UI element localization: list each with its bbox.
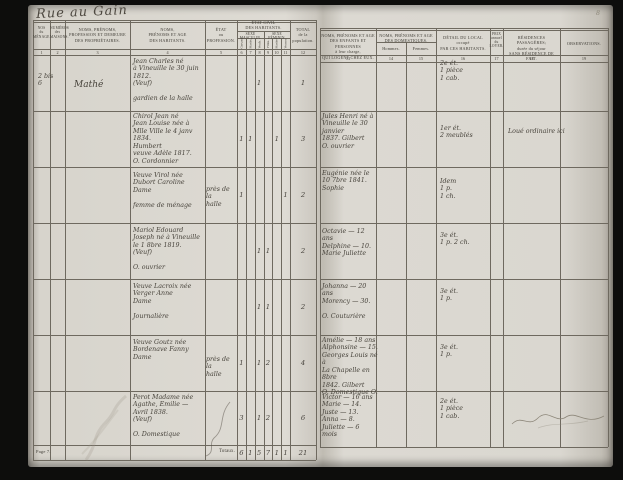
tally: 3: [237, 414, 246, 422]
scanned-census-register: Rue au Gain 8 NOS du MÉNAGE. NUMÉROS des…: [0, 0, 623, 480]
local-cell: 3e ét. 1 p.: [440, 288, 488, 303]
etat-civil-marks: 11: [237, 223, 290, 279]
total-cell: 6: [290, 391, 316, 445]
habitants-cell: Veuve Lacroix née Verger Anne Dame Journ…: [133, 283, 205, 320]
header-proprietaires: NOMS, PRÉNOMS, PROFESSION ET DEMEURE DES…: [66, 27, 129, 43]
rule: [490, 28, 491, 447]
header-maison: NUMÉROS des MAISONS.: [50, 26, 65, 39]
rule: [560, 28, 561, 447]
corner-pencil-mark: 8: [596, 10, 600, 17]
col-num: 18: [503, 56, 560, 61]
rule: [65, 20, 66, 460]
header-total: TOTAL de la population.: [291, 27, 315, 43]
column-total: 5: [255, 449, 264, 457]
enfants-cell: Eugénie née le 10 7bre 1841. Sophie: [322, 170, 376, 192]
residences-cell: Loué ordinaire ici: [508, 128, 598, 135]
tally: 1: [255, 414, 264, 422]
local-cell: 2e ét. 1 pièce 1 cab.: [440, 60, 488, 82]
page-label: Page 7.: [36, 449, 58, 455]
header-veuves: Veuves.: [284, 40, 288, 49]
rule: [436, 28, 437, 447]
row-total: 2: [290, 191, 316, 199]
local-cell: 3e ét. 1 p.: [440, 344, 488, 359]
col-num: 1: [33, 50, 50, 55]
tally: 1: [272, 135, 281, 143]
total-cell: 2: [290, 279, 316, 335]
rule: [205, 20, 206, 460]
etat-civil-marks: 11: [237, 167, 290, 223]
column-total: 1: [246, 449, 255, 457]
column-total: 7: [263, 449, 272, 457]
header-veufs: Veufs.: [258, 40, 262, 49]
total-cell: 2: [290, 167, 316, 223]
tally: 1: [246, 135, 255, 143]
col-num: 19: [560, 56, 608, 61]
tally: 1: [237, 359, 246, 367]
header-mariees: Mariées.: [275, 40, 279, 49]
total-cell: 2: [290, 223, 316, 279]
rule: [320, 447, 608, 448]
habitants-cell: Chirol Jean né Jean Louise née à Mlle Vi…: [133, 113, 205, 165]
header-etat-civil: ÉTAT CIVIL DES HABITANTS.: [237, 21, 290, 30]
col-num: 13: [320, 56, 376, 61]
column-total: 6: [237, 449, 246, 457]
total-cell: 1: [290, 55, 316, 111]
rule: [320, 167, 608, 168]
column-total: 1: [272, 449, 281, 457]
row-total: 1: [290, 79, 316, 87]
habitants-cell: Mariol Edouard Joseph né à Vineuille le …: [133, 227, 205, 272]
col-num: 4: [130, 50, 205, 55]
rule: [608, 28, 609, 447]
tally: 1: [255, 359, 264, 367]
local-cell: Idem 1 p. 1 ch.: [440, 178, 488, 200]
header-maries: Mariés.: [249, 40, 253, 49]
rule: [320, 111, 608, 112]
header-habitants: NOMS, PRÉNOMS ET AGE DES HABITANTS.: [131, 27, 204, 43]
house-number: 2 bis 6: [38, 73, 64, 88]
col-num: 3: [65, 50, 130, 55]
local-cell: 3e ét. 1 p. 2 ch.: [440, 232, 488, 247]
header-profession: ÉTAT ou PROFESSION.: [206, 27, 236, 43]
proprietaire-cell: Mathé: [74, 80, 103, 91]
header-local: DÉTAIL DU LOCAL occupé PAR CES HABITANTS…: [437, 35, 489, 51]
total-cell: 4: [290, 335, 316, 391]
rule: [320, 28, 321, 447]
habitants-cell: Veuve Goutz née Bordenave Fanny Dame: [133, 339, 205, 361]
tally: 1: [255, 247, 264, 255]
local-cell: 1er ét. 2 meublés: [440, 125, 488, 140]
habitants-cell: Veuve Virol née Dubort Caroline Dame fem…: [133, 172, 205, 209]
header-observations: OBSERVATIONS.: [561, 41, 607, 46]
row-total: 3: [290, 135, 316, 143]
tally: 1: [237, 135, 246, 143]
rule: [503, 28, 504, 447]
column-total: 1: [281, 449, 290, 457]
tally: 1: [281, 191, 290, 199]
profession-cell: près de la halle: [206, 356, 236, 378]
row-total: 2: [290, 247, 316, 255]
row-total: 4: [290, 359, 316, 367]
header-hommes: Hommes.: [377, 46, 405, 51]
etat-civil-marks: 312: [237, 391, 290, 445]
etat-civil-marks: 111: [237, 111, 290, 167]
header-garcons: Garçons.: [240, 40, 244, 49]
rule: [33, 460, 316, 461]
tally: 1: [263, 303, 272, 311]
rule: [320, 30, 608, 31]
col-num: 15: [406, 56, 436, 61]
tally: 1: [263, 247, 272, 255]
tally: 2: [263, 359, 272, 367]
header-femmes: Femmes.: [407, 46, 435, 51]
enfants-cell: Jules Henri né à Vineuille le 30 janvier…: [322, 113, 376, 150]
rule: [130, 20, 131, 460]
rule: [320, 279, 608, 280]
enfants-cell: Johanna — 20 ans Morency — 30. O. Coutur…: [322, 283, 376, 320]
grand-total: 21: [290, 449, 316, 457]
row-total: 2: [290, 303, 316, 311]
profession-cell: près de la halle: [206, 186, 236, 208]
total-cell: 3: [290, 111, 316, 167]
enfants-cell: Victor — 16 ans Marie — 14. Juste — 13. …: [322, 394, 376, 439]
col-num: 2: [50, 50, 65, 55]
row-total: 6: [290, 414, 316, 422]
col-num: 5: [205, 50, 237, 55]
header-domestiques: NOMS, PRÉNOMS ET AGE DES DOMESTIQUES.: [377, 33, 435, 44]
header-prix: PRIX annuel du LOYER.: [489, 32, 504, 49]
col-num: 14: [376, 56, 406, 61]
local-cell: 2e ét. 1 pièce 1 cab.: [440, 398, 488, 420]
tally: 2: [263, 414, 272, 422]
totals-label: Totaux.: [205, 449, 235, 455]
col-num: 17: [490, 56, 503, 61]
totals-marks: 615711: [237, 445, 290, 460]
tally: 1: [255, 303, 264, 311]
grand-total-cell: 21: [290, 445, 316, 460]
rule: [320, 28, 608, 29]
habitants-cell: Perot Madame née Agathe, Emilie — Avril …: [133, 394, 205, 439]
etat-civil-marks: 1: [237, 55, 290, 111]
rule: [316, 20, 317, 460]
habitants-cell: Jean Charles né à Vineuille le 30 juin 1…: [133, 58, 205, 103]
enfants-cell: Amélie — 18 ans Alphonsine — 15. Georges…: [322, 337, 378, 396]
enfants-cell: Octavie — 12 ans Delphine — 10. Marie Ju…: [322, 228, 376, 258]
rule: [320, 335, 608, 336]
tally: 1: [237, 191, 246, 199]
rule: [33, 20, 34, 460]
rule: [406, 42, 407, 447]
tally: 1: [255, 79, 264, 87]
header-menage: NOS du MÉNAGE.: [33, 26, 50, 39]
rule: [320, 223, 608, 224]
etat-civil-marks: 11: [237, 279, 290, 335]
etat-civil-marks: 112: [237, 335, 290, 391]
header-filles: Filles.: [266, 40, 270, 48]
